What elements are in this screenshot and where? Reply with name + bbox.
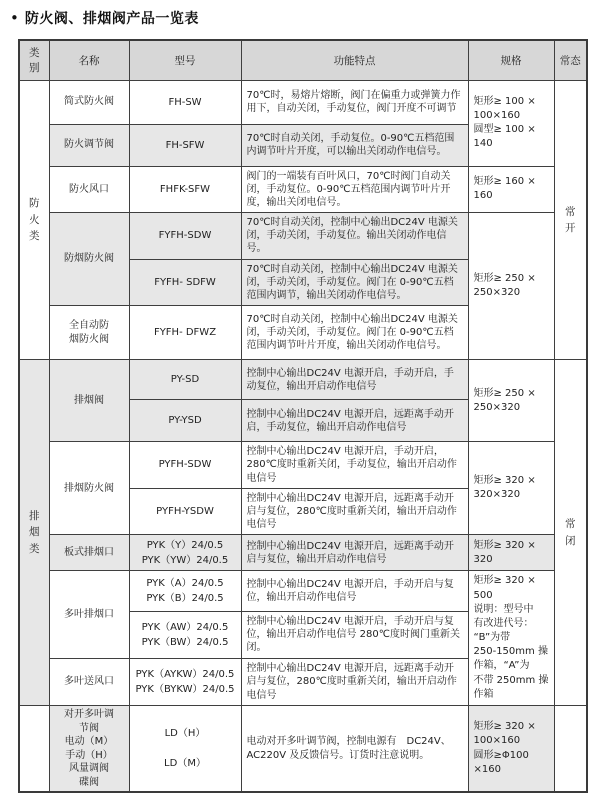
model-cell: PYK（A）24/0.5 PYK（B）24/0.5 [129, 571, 241, 611]
model-cell: PYK（Y）24/0.5 PYK（YW）24/0.5 [129, 535, 241, 571]
table-row: 防烟防火阀 FYFH-SDW 70℃时自动关闭，控制中心输出DC24V 电源关闭… [19, 213, 587, 260]
table-row: 防 火 类 简式防火阀 FH-SW 70℃时，易熔片熔断，阀门在偏重力或弹簧力作… [19, 80, 587, 124]
model-cell: FYFH- SDFW [129, 259, 241, 306]
features-cell: 控制中心输出DC24V 电源开启，手动开启与复位，输出开启动作电信号 [241, 571, 468, 611]
name-cell: 防火调节阀 [49, 124, 129, 166]
col-header-features: 功能特点 [241, 40, 468, 80]
model-cell: PYFH-YSDW [129, 488, 241, 535]
col-header-category: 类 别 [19, 40, 49, 80]
name-cell: 排烟阀 [49, 360, 129, 442]
model-cell: FHFK-SFW [129, 166, 241, 213]
col-header-model: 型号 [129, 40, 241, 80]
features-cell: 70℃时自动关闭，控制中心输出DC24V 电源关闭，手动关闭，手动复位。阀门在 … [241, 259, 468, 306]
features-cell: 70℃时自动关闭，控制中心输出DC24V 电源关闭，手动关闭，手动复位。阀门在 … [241, 306, 468, 360]
name-cell: 防火风口 [49, 166, 129, 213]
features-cell: 控制中心输出DC24V 电源开启，远距离手动开启与复位，输出开启动作电信号 [241, 535, 468, 571]
category-cell-empty [19, 706, 49, 793]
spec-cell: 矩形≥ 100 × 100×160 圆型≥ 100 × 140 [468, 80, 554, 166]
features-cell: 控制中心输出DC24V 电源开启，手动开启，280℃度时重新关闭，手动复位，输出… [241, 442, 468, 489]
model-cell: FH-SFW [129, 124, 241, 166]
state-cell-closed: 常 闭 [554, 360, 587, 706]
page-title-row: • 防火阀、排烟阀产品一览表 [10, 8, 600, 28]
name-cell: 对开多叶调 节阀 电动（M） 手动（H） 风量调阀 碟阀 [49, 706, 129, 793]
spec-cell: 矩形≥ 320 × 100×160 圆形≥Φ100 ×160 [468, 706, 554, 793]
model-cell: FH-SW [129, 80, 241, 124]
model-cell: PYK（AYKW）24/0.5 PYK（BYKW）24/0.5 [129, 658, 241, 705]
features-cell: 控制中心输出DC24V 电源开启，手动开启与复位，输出开启动作电信号 280℃度… [241, 611, 468, 658]
features-cell: 70℃时自动关闭，控制中心输出DC24V 电源关闭，手动关闭，手动复位。输出关闭… [241, 213, 468, 260]
model-cell: PYK（AW）24/0.5 PYK（BW）24/0.5 [129, 611, 241, 658]
spec-cell: 矩形≥ 250 × 250×320 [468, 213, 554, 360]
state-cell-empty [554, 706, 587, 793]
features-cell: 电动对开多叶调节阀，控制电源有 DC24V、AC220V 及反馈信号。订货时注意… [241, 706, 468, 793]
name-cell: 简式防火阀 [49, 80, 129, 124]
model-cell: PY-SD [129, 360, 241, 400]
model-cell: FYFH- DFWZ [129, 306, 241, 360]
col-header-state: 常态 [554, 40, 587, 80]
features-cell: 控制中心输出DC24V 电源开启，手动开启，手动复位，输出开启动作电信号 [241, 360, 468, 400]
name-cell: 防烟防火阀 [49, 213, 129, 306]
name-cell: 多叶送风口 [49, 658, 129, 705]
features-cell: 控制中心输出DC24V 电源开启，远距离手动开启，手动复位，输出开启动作电信号 [241, 400, 468, 442]
col-header-name: 名称 [49, 40, 129, 80]
category-cell-fire: 防 火 类 [19, 80, 49, 360]
col-header-spec: 规格 [468, 40, 554, 80]
bullet-icon: • [10, 11, 19, 26]
category-cell-smoke: 排 烟 类 [19, 360, 49, 706]
name-cell: 多叶排烟口 [49, 571, 129, 659]
header-row: 类 别 名称 型号 功能特点 规格 常态 [19, 40, 587, 80]
model-cell: PY-YSD [129, 400, 241, 442]
spec-cell: 矩形≥ 320 × 320×320 [468, 442, 554, 535]
model-cell: PYFH-SDW [129, 442, 241, 489]
page-title: 防火阀、排烟阀产品一览表 [25, 8, 199, 28]
features-cell: 阀门的一端装有百叶风口，70℃时阀门自动关闭，手动复位。0-90℃五档范围内调节… [241, 166, 468, 213]
features-cell: 70℃时，易熔片熔断，阀门在偏重力或弹簧力作用下，自动关闭，手动复位，阀门开度不… [241, 80, 468, 124]
table-row: 排 烟 类 排烟阀 PY-SD 控制中心输出DC24V 电源开启，手动开启，手动… [19, 360, 587, 400]
name-cell: 全自动防 烟防火阀 [49, 306, 129, 360]
features-cell: 控制中心输出DC24V 电源开启，远距离手动开启与复位，280℃度时重新关闭，输… [241, 488, 468, 535]
table-row: 对开多叶调 节阀 电动（M） 手动（H） 风量调阀 碟阀 LD（H） LD（M）… [19, 706, 587, 793]
table-row: 防火风口 FHFK-SFW 阀门的一端装有百叶风口，70℃时阀门自动关闭，手动复… [19, 166, 587, 213]
model-cell: LD（H） LD（M） [129, 706, 241, 793]
table-row: 多叶排烟口 PYK（A）24/0.5 PYK（B）24/0.5 控制中心输出DC… [19, 571, 587, 611]
table-row: 排烟防火阀 PYFH-SDW 控制中心输出DC24V 电源开启，手动开启，280… [19, 442, 587, 489]
name-cell: 板式排烟口 [49, 535, 129, 571]
model-cell: FYFH-SDW [129, 213, 241, 260]
product-table: 类 别 名称 型号 功能特点 规格 常态 防 火 类 简式防火阀 FH-SW 7… [18, 39, 588, 793]
table-row: 板式排烟口 PYK（Y）24/0.5 PYK（YW）24/0.5 控制中心输出D… [19, 535, 587, 571]
spec-cell: 矩形≥ 160 × 160 [468, 166, 554, 213]
features-cell: 控制中心输出DC24V 电源开启，远距离手动开启与复位，280℃度时重新关闭，输… [241, 658, 468, 705]
spec-cell: 矩形≥ 250 × 250×320 [468, 360, 554, 442]
spec-cell: 矩形≥ 320 × 320 [468, 535, 554, 571]
name-cell: 排烟防火阀 [49, 442, 129, 535]
spec-cell: 矩形≥ 320 × 500 说明：型号中 有改进代号： “B”为带 250-15… [468, 571, 554, 706]
state-cell-open: 常 开 [554, 80, 587, 360]
features-cell: 70℃时自动关闭，手动复位。0-90℃五档范围内调节叶片开度，可以输出关闭动作电… [241, 124, 468, 166]
